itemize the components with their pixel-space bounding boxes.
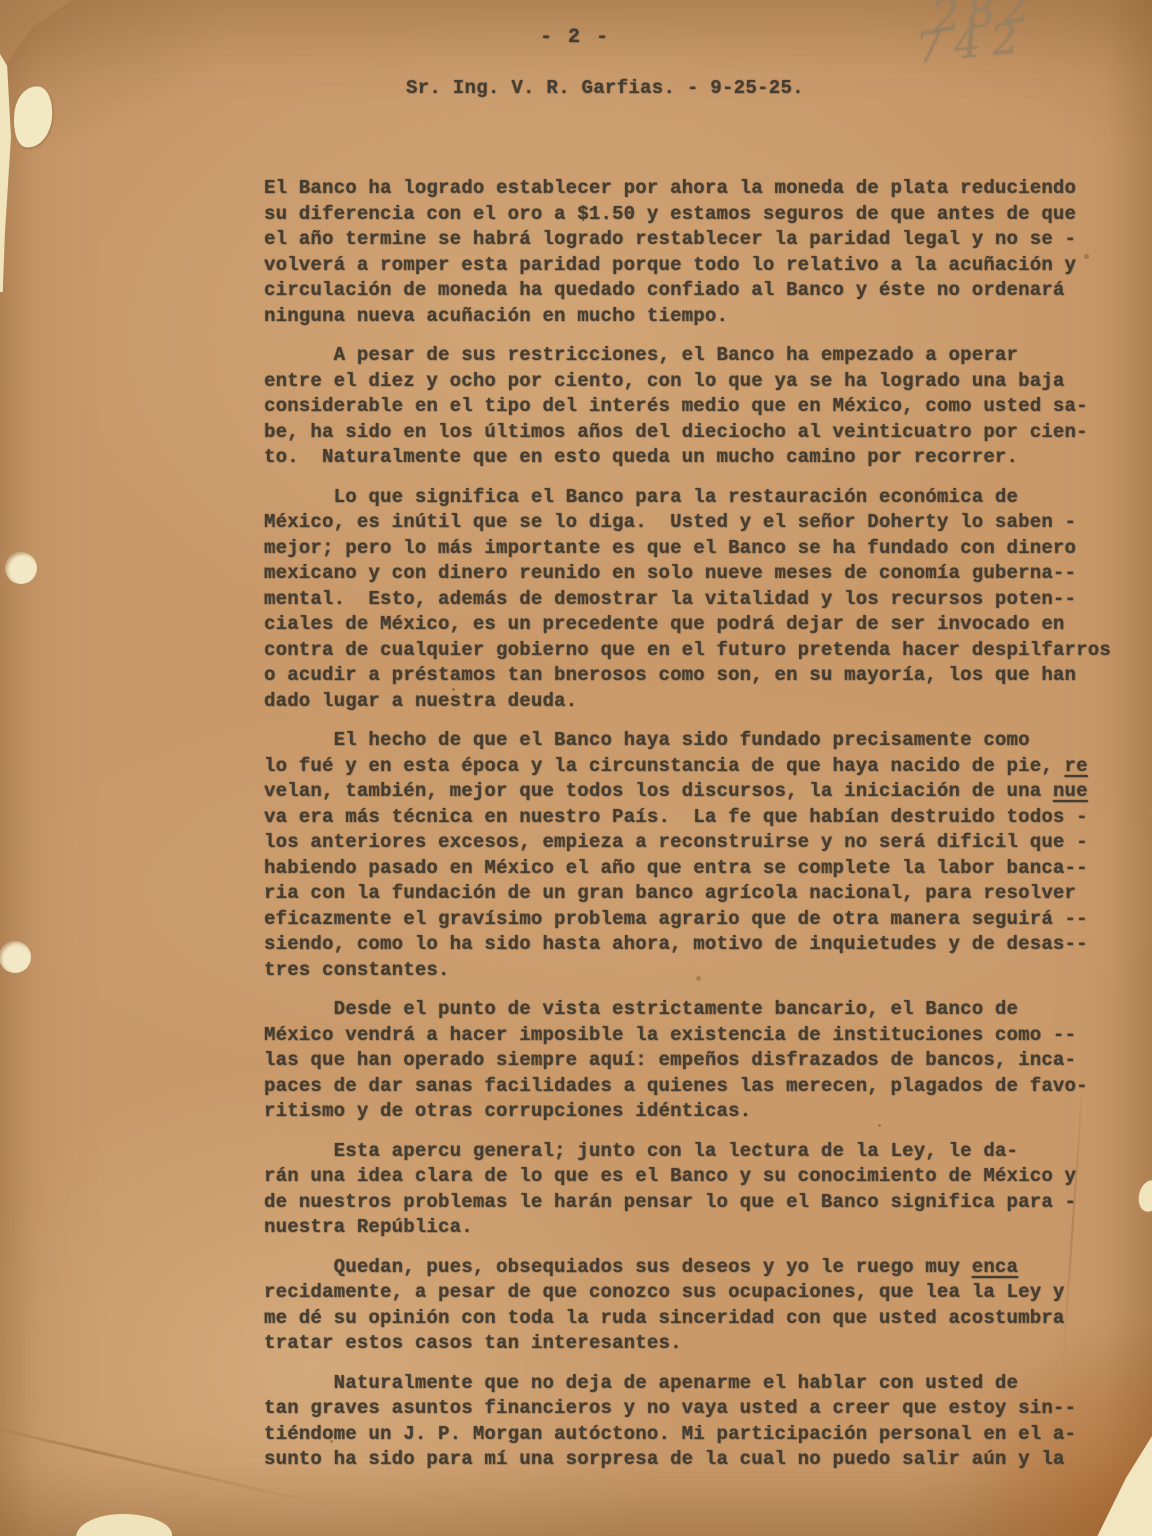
letter-text-segment: nuestra República. <box>264 1216 473 1238</box>
letter-text-segment: su diferencia con el oro a $1.50 y estam… <box>264 203 1076 225</box>
letter-text-segment: paces de dar sanas facilidades a quienes… <box>264 1075 1088 1097</box>
letter-text-segment: Naturalmente que no deja de apenarme el … <box>264 1372 1018 1394</box>
letter-text-segment: enca <box>972 1256 1018 1278</box>
letter-line: tan graves asuntos financieros y no vaya… <box>264 1396 1144 1422</box>
letter-text-segment: ciales de México, es un precedente que p… <box>264 613 1065 635</box>
punch-hole-lower <box>0 941 31 973</box>
letter-text-segment: va era más técnica en nuestro País. La f… <box>264 806 1088 828</box>
letter-paragraph: Lo que significa el Banco para la restau… <box>264 485 1144 715</box>
letter-line: Desde el punto de vista estrictamente ba… <box>264 997 1144 1023</box>
letter-line: ciales de México, es un precedente que p… <box>264 612 1144 638</box>
letter-paragraph: Quedan, pues, obsequiados sus deseos y y… <box>264 1255 1144 1357</box>
letter-line: los anteriores excesos, empieza a recons… <box>264 830 1144 856</box>
letter-text-segment: El Banco ha logrado establecer por ahora… <box>264 177 1076 199</box>
letter-line: mejor; pero lo más importante es que el … <box>264 536 1144 562</box>
letter-line: sunto ha sido para mí una sorpresa de la… <box>264 1447 1144 1473</box>
letter-text-segment: A pesar de sus restricciones, el Banco h… <box>264 344 1018 366</box>
letter-line: paces de dar sanas facilidades a quienes… <box>264 1074 1144 1100</box>
letter-line: tratar estos casos tan interesantes. <box>264 1331 1144 1357</box>
letter-line: Quedan, pues, obsequiados sus deseos y y… <box>264 1255 1144 1281</box>
letter-body: El Banco ha logrado establecer por ahora… <box>264 176 1144 1487</box>
letter-line: ria con la fundación de un gran banco ag… <box>264 881 1144 907</box>
letter-line: México, es inútil que se lo diga. Usted … <box>264 510 1144 536</box>
letter-line: de nuestros problemas le harán pensar lo… <box>264 1190 1144 1216</box>
letter-line: el año termine se habrá logrado restable… <box>264 227 1144 253</box>
letter-line: to. Naturalmente que en esto queda un mu… <box>264 445 1144 471</box>
letter-line: dado lugar a nuestra deuda. <box>264 689 1144 715</box>
letter-line: tiéndome un J. P. Morgan autóctono. Mi p… <box>264 1422 1144 1448</box>
letter-text-segment: las que han operado siempre aquí: empeño… <box>264 1049 1076 1071</box>
letter-line: ritismo y de otras corrupciones idéntica… <box>264 1099 1144 1125</box>
letter-line: tres constantes. <box>264 958 1144 984</box>
letter-text-segment: los anteriores excesos, empieza a recons… <box>264 831 1088 853</box>
pencil-annotation-bottom: 742 <box>914 12 1032 73</box>
letter-text-segment: México, es inútil que se lo diga. Usted … <box>264 511 1076 533</box>
letter-text-segment: Esta apercu general; junto con la lectur… <box>264 1140 1018 1162</box>
torn-edge-left <box>0 54 11 292</box>
letter-text-segment: rán una idea clara de lo que es el Banco… <box>264 1165 1076 1187</box>
letter-text-segment: recidamente, a pesar de que conozco sus … <box>264 1281 1065 1303</box>
letter-text-segment: o acudir a préstamos tan bnerosos como s… <box>264 664 1076 686</box>
letter-text-segment: entre el diez y ocho por ciento, con lo … <box>264 370 1065 392</box>
letter-line: me dé su opinión con toda la ruda sincer… <box>264 1306 1144 1332</box>
letter-paragraph: A pesar de sus restricciones, el Banco h… <box>264 343 1144 471</box>
torn-corner-top-left <box>0 0 72 66</box>
letter-line: nuestra República. <box>264 1215 1144 1241</box>
letter-line: habiendo pasado en México el año que ent… <box>264 856 1144 882</box>
letter-text-segment: circulación de moneda ha quedado confiad… <box>264 279 1065 301</box>
letter-text-segment: contra de cualquier gobierno que en el f… <box>264 639 1111 661</box>
letter-text-segment: de nuestros problemas le harán pensar lo… <box>264 1191 1076 1213</box>
letter-line: El Banco ha logrado establecer por ahora… <box>264 176 1144 202</box>
letter-text-segment: tres constantes. <box>264 959 450 981</box>
scanned-letter-page: 282 742 - 2 - Sr. Ing. V. R. Garfias. - … <box>0 0 1152 1536</box>
letter-text-segment: mejor; pero lo más importante es que el … <box>264 537 1076 559</box>
letter-line: recidamente, a pesar de que conozco sus … <box>264 1280 1144 1306</box>
letter-line: A pesar de sus restricciones, el Banco h… <box>264 343 1144 369</box>
letter-text-segment: habiendo pasado en México el año que ent… <box>264 857 1088 879</box>
letter-text-segment: Desde el punto de vista estrictamente ba… <box>264 998 1018 1020</box>
letter-text-segment: lo fué y en esta época y la circunstanci… <box>264 755 1065 777</box>
letter-text-segment: tiéndome un J. P. Morgan autóctono. Mi p… <box>264 1423 1076 1445</box>
letter-line: entre el diez y ocho por ciento, con lo … <box>264 369 1144 395</box>
letter-text-segment: to. Naturalmente que en esto queda un mu… <box>264 446 1018 468</box>
recipient-line: Sr. Ing. V. R. Garfias. - 9-25-25. <box>406 76 804 100</box>
letter-line: rán una idea clara de lo que es el Banco… <box>264 1164 1144 1190</box>
letter-text-segment: mexicano y con dinero reunido en solo nu… <box>264 562 1076 584</box>
letter-line: siendo, como lo ha sido hasta ahora, mot… <box>264 932 1144 958</box>
letter-line: México vendrá a hacer imposible la exist… <box>264 1023 1144 1049</box>
letter-paragraph: Esta apercu general; junto con la lectur… <box>264 1139 1144 1241</box>
letter-text-segment: tratar estos casos tan interesantes. <box>264 1332 682 1354</box>
letter-line: mexicano y con dinero reunido en solo nu… <box>264 561 1144 587</box>
letter-text-segment: México vendrá a hacer imposible la exist… <box>264 1024 1076 1046</box>
letter-paragraph: Naturalmente que no deja de apenarme el … <box>264 1371 1144 1473</box>
letter-text-segment: Lo que significa el Banco para la restau… <box>264 486 1018 508</box>
page-number: - 2 - <box>540 26 610 50</box>
letter-text-segment: ria con la fundación de un gran banco ag… <box>264 882 1076 904</box>
letter-text-segment: eficazmente el gravísimo problema agrari… <box>264 908 1088 930</box>
letter-line: Esta apercu general; junto con la lectur… <box>264 1139 1144 1165</box>
letter-text-segment: me dé su opinión con toda la ruda sincer… <box>264 1307 1065 1329</box>
letter-line: contra de cualquier gobierno que en el f… <box>264 638 1144 664</box>
letter-line: Naturalmente que no deja de apenarme el … <box>264 1371 1144 1397</box>
letter-line: volverá a romper esta paridad porque tod… <box>264 253 1144 279</box>
letter-text-segment: velan, también, mejor que todos los disc… <box>264 780 1053 802</box>
letter-paragraph: El hecho de que el Banco haya sido funda… <box>264 728 1144 983</box>
letter-line: va era más técnica en nuestro País. La f… <box>264 805 1144 831</box>
letter-text-segment: tan graves asuntos financieros y no vaya… <box>264 1397 1076 1419</box>
tear-hole-top-left <box>10 84 56 151</box>
torn-edge-bottom <box>76 1514 172 1536</box>
letter-text-segment: nue <box>1053 780 1088 802</box>
letter-text-segment: El hecho de que el Banco haya sido funda… <box>264 729 1030 751</box>
letter-text-segment: considerable en el tipo del interés medi… <box>264 395 1088 417</box>
letter-text-segment: be, ha sido en los últimos años del diec… <box>264 421 1088 443</box>
letter-line: be, ha sido en los últimos años del diec… <box>264 420 1144 446</box>
letter-line: considerable en el tipo del interés medi… <box>264 394 1144 420</box>
letter-line: su diferencia con el oro a $1.50 y estam… <box>264 202 1144 228</box>
letter-paragraph: Desde el punto de vista estrictamente ba… <box>264 997 1144 1125</box>
letter-line: lo fué y en esta época y la circunstanci… <box>264 754 1144 780</box>
letter-text-segment: el año termine se habrá logrado restable… <box>264 228 1076 250</box>
letter-paragraph: El Banco ha logrado establecer por ahora… <box>264 176 1144 329</box>
letter-line: velan, también, mejor que todos los disc… <box>264 779 1144 805</box>
letter-text-segment: mental. Esto, además de demostrar la vit… <box>264 588 1076 610</box>
letter-text-segment: siendo, como lo ha sido hasta ahora, mot… <box>264 933 1088 955</box>
letter-text-segment: ninguna nueva acuñación en mucho tiempo. <box>264 305 728 327</box>
letter-text-segment: Quedan, pues, obsequiados sus deseos y y… <box>264 1256 972 1278</box>
letter-line: El hecho de que el Banco haya sido funda… <box>264 728 1144 754</box>
letter-text-segment: dado lugar a nuestra deuda. <box>264 690 577 712</box>
letter-line: mental. Esto, además de demostrar la vit… <box>264 587 1144 613</box>
letter-line: ninguna nueva acuñación en mucho tiempo. <box>264 304 1144 330</box>
letter-text-segment: re <box>1065 755 1088 777</box>
letter-line: o acudir a préstamos tan bnerosos como s… <box>264 663 1144 689</box>
letter-line: circulación de moneda ha quedado confiad… <box>264 278 1144 304</box>
letter-text-segment: volverá a romper esta paridad porque tod… <box>264 254 1076 276</box>
punch-hole-upper <box>5 552 37 584</box>
letter-line: eficazmente el gravísimo problema agrari… <box>264 907 1144 933</box>
letter-line: las que han operado siempre aquí: empeño… <box>264 1048 1144 1074</box>
letter-text-segment: sunto ha sido para mí una sorpresa de la… <box>264 1448 1065 1470</box>
letter-text-segment: ritismo y de otras corrupciones idéntica… <box>264 1100 751 1122</box>
letter-line: Lo que significa el Banco para la restau… <box>264 485 1144 511</box>
